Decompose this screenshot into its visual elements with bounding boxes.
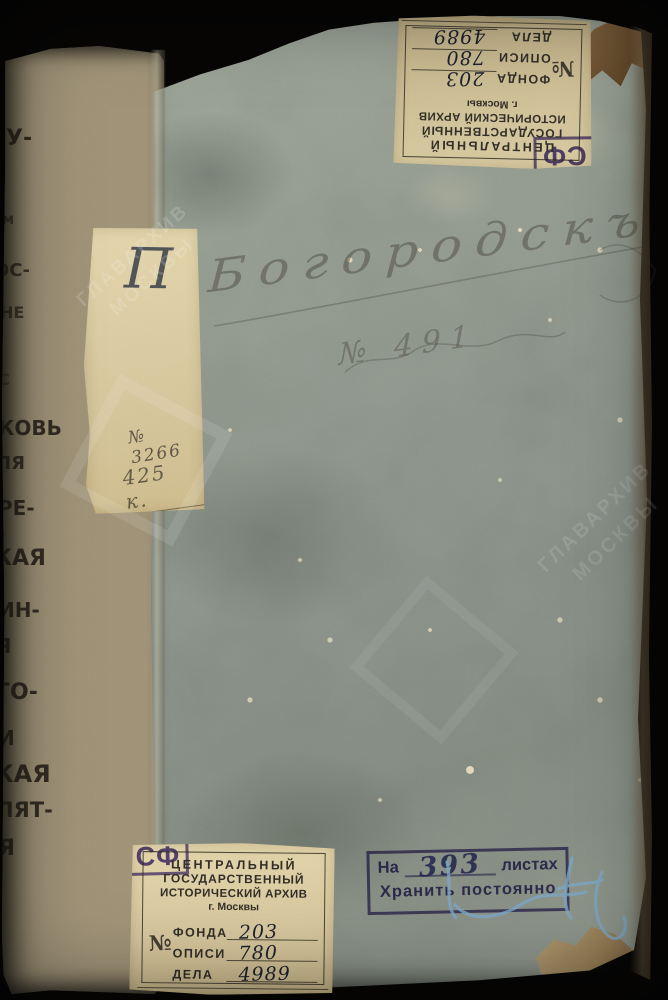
blue-pencil-scrawl <box>0 0 668 1000</box>
book-cover-photo: У- м ОС- НЕ С КОВЬ ПЯ РЕ- КАЯ ИН- Я ГО- … <box>0 0 668 1000</box>
